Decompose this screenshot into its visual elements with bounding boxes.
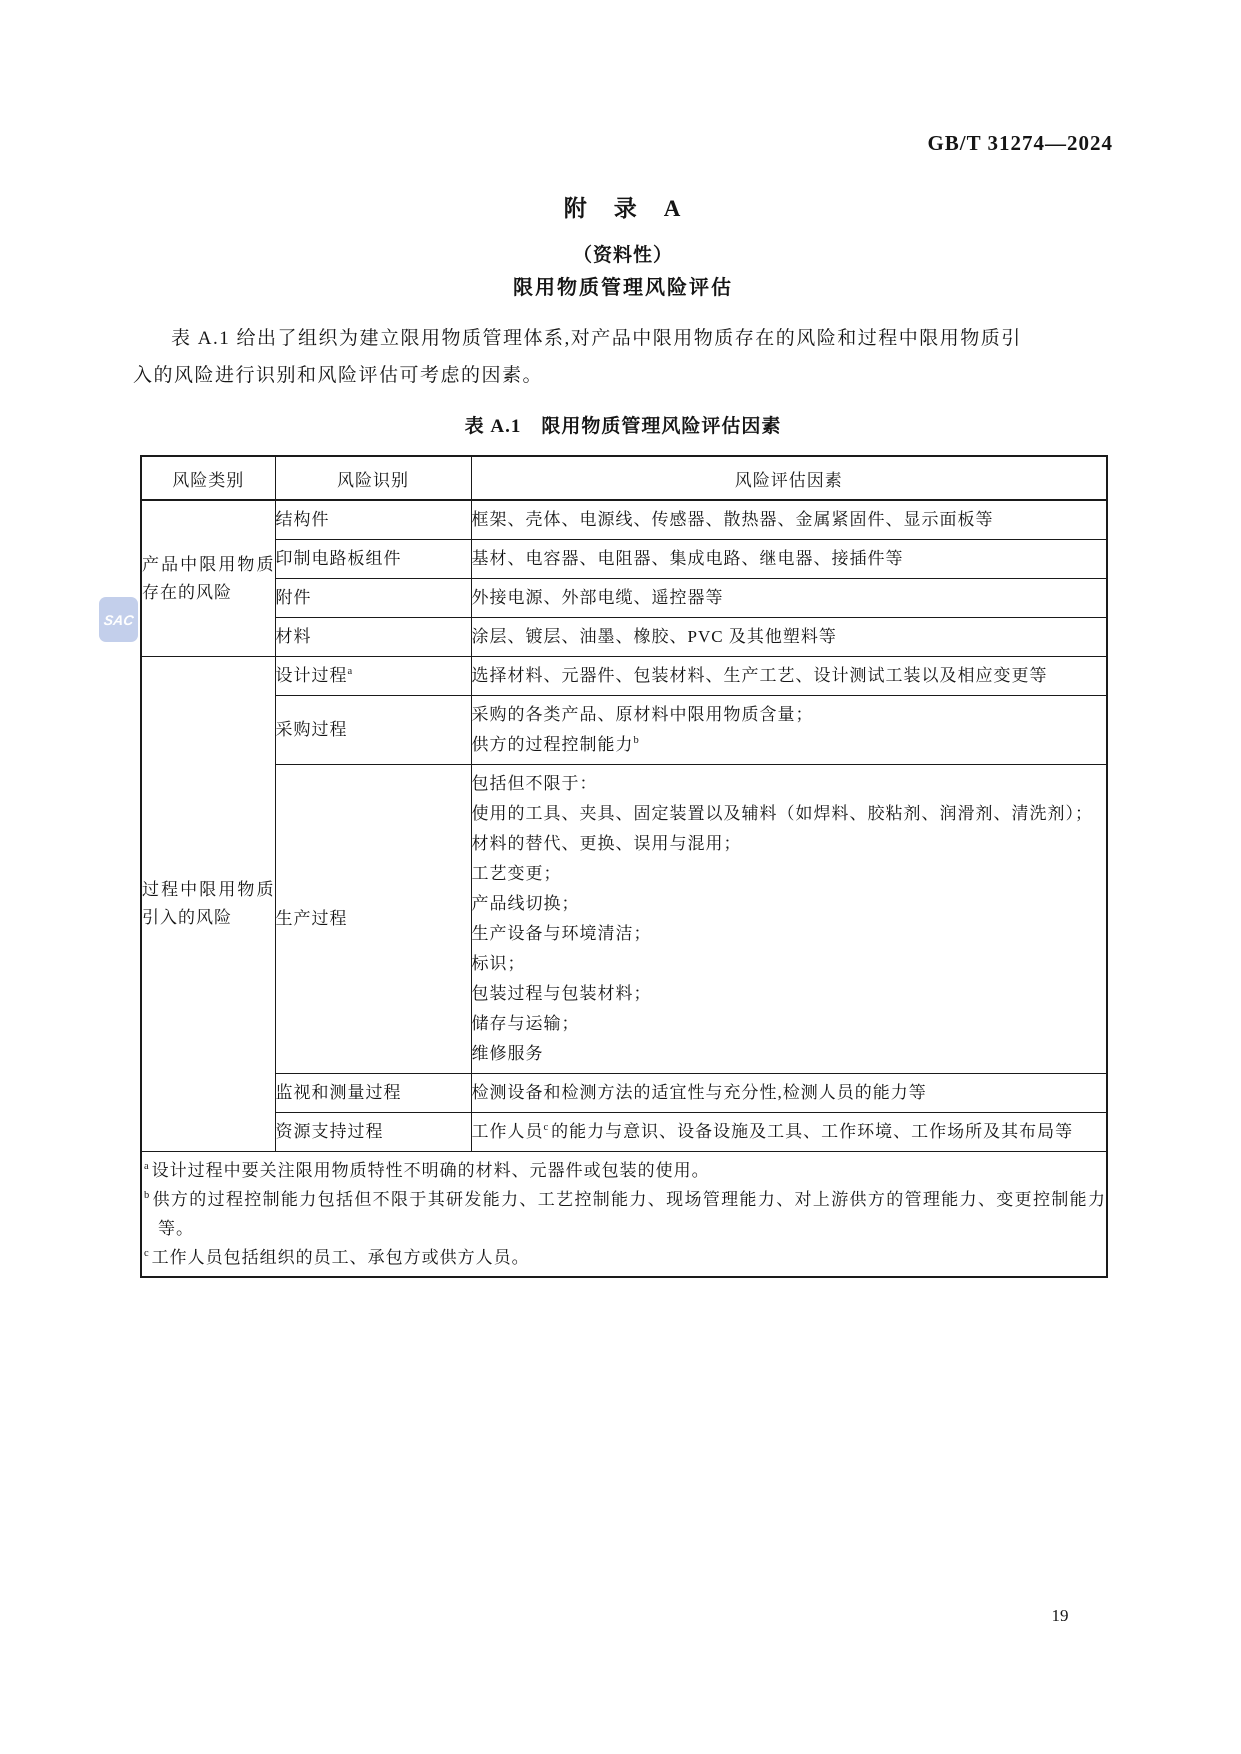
table-caption: 表 A.1 限用物质管理风险评估因素 bbox=[133, 411, 1113, 438]
table-row: 过程中限用物质引入的风险设计过程a选择材料、元器件、包装材料、生产工艺、设计测试… bbox=[141, 657, 1107, 696]
risk-factor-line: 标识； bbox=[472, 949, 1107, 979]
risk-factor-line: 基材、电容器、电阻器、集成电路、继电器、接插件等 bbox=[472, 544, 1107, 574]
risk-factor-line: 选择材料、元器件、包装材料、生产工艺、设计测试工装以及相应变更等 bbox=[472, 661, 1107, 691]
risk-table-body: 产品中限用物质存在的风险结构件框架、壳体、电源线、传感器、散热器、金属紧固件、显… bbox=[141, 500, 1107, 1277]
footnote-ref-b: b bbox=[634, 735, 640, 746]
footnote-row: a设计过程中要关注限用物质特性不明确的材料、元器件或包装的使用。b供方的过程控制… bbox=[141, 1152, 1107, 1278]
risk-factors-cell: 采购的各类产品、原材料中限用物质含量；供方的过程控制能力b bbox=[471, 696, 1107, 765]
header-risk-category: 风险类别 bbox=[141, 456, 275, 500]
risk-factors-cell: 选择材料、元器件、包装材料、生产工艺、设计测试工装以及相应变更等 bbox=[471, 657, 1107, 696]
risk-factor-line: 工艺变更； bbox=[472, 859, 1107, 889]
risk-identification-cell: 设计过程a bbox=[275, 657, 471, 696]
risk-factors-cell: 包括但不限于：使用的工具、夹具、固定装置以及辅料（如焊料、胶粘剂、润滑剂、清洗剂… bbox=[471, 765, 1107, 1074]
risk-factors-cell: 检测设备和检测方法的适宜性与充分性,检测人员的能力等 bbox=[471, 1074, 1107, 1113]
footnote-ref-c: c bbox=[544, 1122, 550, 1133]
intro-line-2: 入的风险进行识别和风险评估可考虑的因素。 bbox=[133, 357, 1115, 394]
risk-identification-cell: 印制电路板组件 bbox=[275, 540, 471, 579]
footnote-b: b供方的过程控制能力包括但不限于其研发能力、工艺控制能力、现场管理能力、对上游供… bbox=[142, 1185, 1106, 1243]
appendix-informative-label: （资料性） bbox=[133, 240, 1113, 267]
risk-factor-line: 外接电源、外部电缆、遥控器等 bbox=[472, 583, 1107, 613]
risk-factors-cell: 外接电源、外部电缆、遥控器等 bbox=[471, 579, 1107, 618]
risk-factor-line: 生产设备与环境清洁； bbox=[472, 919, 1107, 949]
standard-number: GB/T 31274—2024 bbox=[927, 131, 1113, 156]
footnote-marker-b: b bbox=[144, 1190, 150, 1201]
footnote-ref-a: a bbox=[348, 666, 354, 677]
table-row: 印制电路板组件基材、电容器、电阻器、集成电路、继电器、接插件等 bbox=[141, 540, 1107, 579]
risk-category-cell: 过程中限用物质引入的风险 bbox=[141, 657, 275, 1152]
risk-category-cell: 产品中限用物质存在的风险 bbox=[141, 500, 275, 657]
risk-identification-cell: 结构件 bbox=[275, 500, 471, 540]
risk-factor-line: 采购的各类产品、原材料中限用物质含量； bbox=[472, 700, 1107, 730]
risk-factor-line: 产品线切换； bbox=[472, 889, 1107, 919]
risk-identification-cell: 资源支持过程 bbox=[275, 1113, 471, 1152]
document-page: GB/T 31274—2024 SAC 附 录 A （资料性） 限用物质管理风险… bbox=[0, 0, 1241, 1754]
table-row: 生产过程包括但不限于：使用的工具、夹具、固定装置以及辅料（如焊料、胶粘剂、润滑剂… bbox=[141, 765, 1107, 1074]
sac-watermark: SAC bbox=[99, 597, 138, 642]
footnote-c: c工作人员包括组织的员工、承包方或供方人员。 bbox=[142, 1243, 1106, 1272]
risk-factor-line: 维修服务 bbox=[472, 1039, 1107, 1069]
header-risk-identification: 风险识别 bbox=[275, 456, 471, 500]
table-row: 资源支持过程工作人员c的能力与意识、设备设施及工具、工作环境、工作场所及其布局等 bbox=[141, 1113, 1107, 1152]
table-row: 监视和测量过程检测设备和检测方法的适宜性与充分性,检测人员的能力等 bbox=[141, 1074, 1107, 1113]
sac-logo-text: SAC bbox=[103, 612, 135, 628]
table-row: 采购过程采购的各类产品、原材料中限用物质含量；供方的过程控制能力b bbox=[141, 696, 1107, 765]
risk-identification-cell: 生产过程 bbox=[275, 765, 471, 1074]
risk-factor-line: 框架、壳体、电源线、传感器、散热器、金属紧固件、显示面板等 bbox=[472, 505, 1107, 535]
intro-line-1: 表 A.1 给出了组织为建立限用物质管理体系,对产品中限用物质存在的风险和过程中… bbox=[133, 320, 1115, 357]
footnotes-cell: a设计过程中要关注限用物质特性不明确的材料、元器件或包装的使用。b供方的过程控制… bbox=[141, 1152, 1107, 1278]
risk-factor-line: 涂层、镀层、油墨、橡胶、PVC 及其他塑料等 bbox=[472, 622, 1107, 652]
footnote-marker-a: a bbox=[144, 1161, 150, 1172]
appendix-title: 附 录 A bbox=[133, 190, 1113, 223]
risk-identification-cell: 材料 bbox=[275, 618, 471, 657]
risk-factor-line: 供方的过程控制能力b bbox=[472, 730, 1107, 760]
table-row: 附件外接电源、外部电缆、遥控器等 bbox=[141, 579, 1107, 618]
footnote-marker-c: c bbox=[144, 1248, 150, 1259]
table-row: 材料涂层、镀层、油墨、橡胶、PVC 及其他塑料等 bbox=[141, 618, 1107, 657]
risk-factor-line: 检测设备和检测方法的适宜性与充分性,检测人员的能力等 bbox=[472, 1078, 1107, 1108]
intro-paragraph: 表 A.1 给出了组织为建立限用物质管理体系,对产品中限用物质存在的风险和过程中… bbox=[133, 320, 1115, 394]
table-header-row: 风险类别 风险识别 风险评估因素 bbox=[141, 456, 1107, 500]
table-row: 产品中限用物质存在的风险结构件框架、壳体、电源线、传感器、散热器、金属紧固件、显… bbox=[141, 500, 1107, 540]
risk-factors-cell: 框架、壳体、电源线、传感器、散热器、金属紧固件、显示面板等 bbox=[471, 500, 1107, 540]
risk-identification-cell: 附件 bbox=[275, 579, 471, 618]
footnote-a: a设计过程中要关注限用物质特性不明确的材料、元器件或包装的使用。 bbox=[142, 1156, 1106, 1185]
risk-identification-cell: 监视和测量过程 bbox=[275, 1074, 471, 1113]
header-risk-factors: 风险评估因素 bbox=[471, 456, 1107, 500]
appendix-heading: 限用物质管理风险评估 bbox=[133, 271, 1113, 300]
risk-factor-line: 使用的工具、夹具、固定装置以及辅料（如焊料、胶粘剂、润滑剂、清洗剂）； bbox=[472, 799, 1107, 829]
page-number: 19 bbox=[1040, 1606, 1080, 1626]
risk-factor-line: 材料的替代、更换、误用与混用； bbox=[472, 829, 1107, 859]
risk-identification-cell: 采购过程 bbox=[275, 696, 471, 765]
risk-factors-cell: 涂层、镀层、油墨、橡胶、PVC 及其他塑料等 bbox=[471, 618, 1107, 657]
risk-factor-line: 工作人员c的能力与意识、设备设施及工具、工作环境、工作场所及其布局等 bbox=[472, 1117, 1107, 1147]
risk-factor-line: 包装过程与包装材料； bbox=[472, 979, 1107, 1009]
risk-factor-line: 储存与运输； bbox=[472, 1009, 1107, 1039]
risk-assessment-table: 风险类别 风险识别 风险评估因素 产品中限用物质存在的风险结构件框架、壳体、电源… bbox=[140, 455, 1108, 1278]
risk-factors-cell: 基材、电容器、电阻器、集成电路、继电器、接插件等 bbox=[471, 540, 1107, 579]
risk-factor-line: 包括但不限于： bbox=[472, 769, 1107, 799]
risk-factors-cell: 工作人员c的能力与意识、设备设施及工具、工作环境、工作场所及其布局等 bbox=[471, 1113, 1107, 1152]
